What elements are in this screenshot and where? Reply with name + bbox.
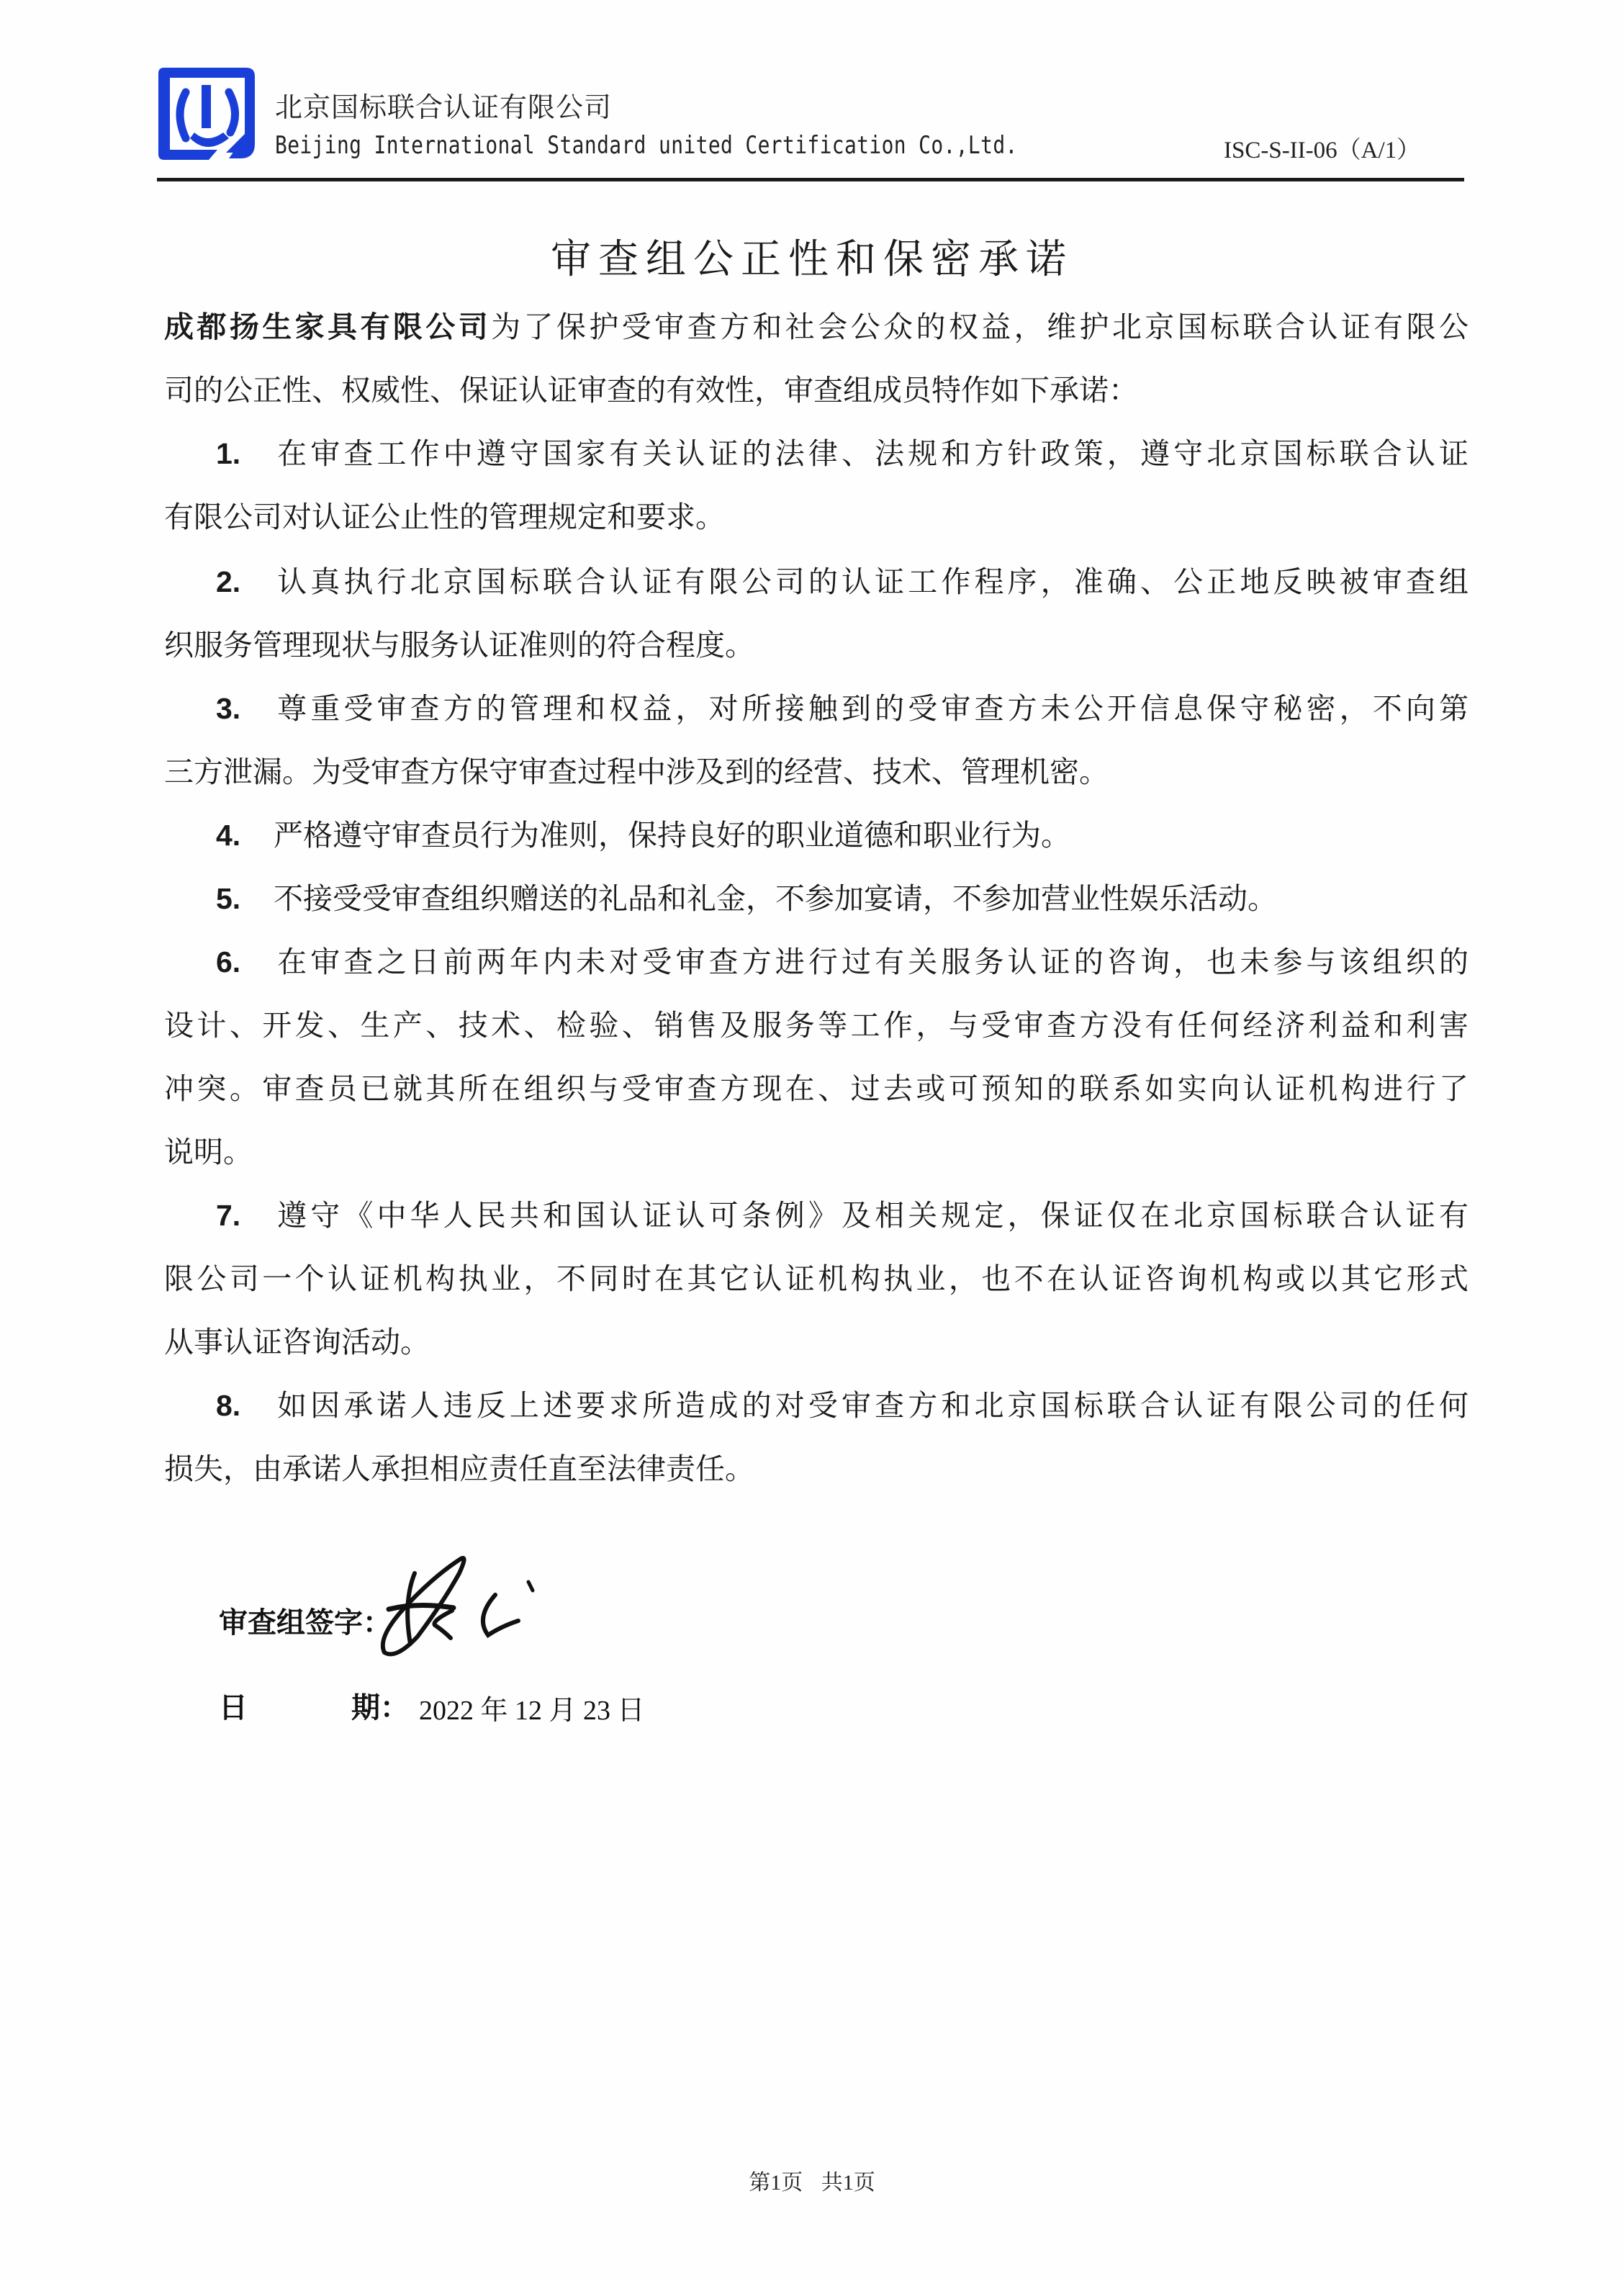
- commitment-item-8: 8.如因承诺人违反上述要求所造成的对受审查方和北京国标联合认证有限公司的任何: [216, 1387, 1469, 1424]
- item-text: 在审查工作中遵守国家有关认证的法律、法规和方针政策，遵守北京国标联合认证: [274, 436, 1469, 471]
- signature-label: 审查组签字：: [219, 1600, 392, 1641]
- item-number: 3.: [216, 690, 274, 727]
- company-name-cn: 北京国标联合认证有限公司: [275, 85, 612, 125]
- commitment-item-2-cont: 织服务管理现状与服务认证准则的符合程度。: [164, 626, 1469, 664]
- date-label-suffix: 期：: [351, 1685, 409, 1726]
- item-number: 8.: [216, 1387, 274, 1424]
- page-title: 审查组公正性和保密承诺: [0, 228, 1624, 285]
- date-label: 日: [219, 1685, 248, 1726]
- intro-text: 为了保护受审查方和社会公众的权益，维护北京国标联合认证有限公: [491, 310, 1469, 344]
- document-code: ISC-S-II-06（A/1）: [1224, 131, 1420, 165]
- item-text: 尊重受审查方的管理和权益，对所接触到的受审查方未公开信息保守秘密，不向第: [274, 691, 1469, 726]
- date-value: 2022 年 12 月 23 日: [419, 1688, 645, 1727]
- commitment-item-6: 6.在审查之日前两年内未对受审查方进行过有关服务认证的咨询，也未参与该组织的: [216, 943, 1469, 981]
- commitment-item-8-cont: 损失，由承诺人承担相应责任直至法律责任。: [164, 1450, 1469, 1488]
- commitment-item-7-cont-1: 限公司一个认证机构执业，不同时在其它认证机构执业，也不在认证咨询机构或以其它形式: [164, 1260, 1469, 1297]
- audited-company-name: 成都扬生家具有限公司: [164, 310, 491, 344]
- commitment-item-7-cont-2: 从事认证咨询活动。: [164, 1323, 1469, 1361]
- commitment-item-5: 5.不接受受审查组织赠送的礼品和礼金，不参加宴请，不参加营业性娱乐活动。: [216, 880, 1469, 917]
- item-text: 遵守《中华人民共和国认证认可条例》及相关规定，保证仅在北京国标联合认证有: [274, 1198, 1469, 1233]
- commitment-item-3: 3.尊重受审查方的管理和权益，对所接触到的受审查方未公开信息保守秘密，不向第: [216, 690, 1469, 727]
- item-number: 6.: [216, 943, 274, 981]
- item-number: 7.: [216, 1197, 274, 1234]
- commitment-item-2: 2.认真执行北京国标联合认证有限公司的认证工作程序，准确、公正地反映被审查组: [216, 563, 1469, 600]
- commitment-item-4: 4.严格遵守审查员行为准则，保持良好的职业道德和职业行为。: [216, 816, 1469, 854]
- document-page: 北京国标联合认证有限公司 Beijing International Stand…: [0, 0, 1624, 2281]
- commitment-item-6-cont-1: 设计、开发、生产、技术、检验、销售及服务等工作，与受审查方没有任何经济利益和利害: [164, 1007, 1469, 1044]
- commitment-item-6-cont-3: 说明。: [164, 1133, 1469, 1171]
- item-text: 严格遵守审查员行为准则，保持良好的职业道德和职业行为。: [274, 818, 1070, 852]
- intro-line-1: 成都扬生家具有限公司为了保护受审查方和社会公众的权益，维护北京国标联合认证有限公: [164, 308, 1469, 346]
- item-text: 在审查之日前两年内未对受审查方进行过有关服务认证的咨询，也未参与该组织的: [274, 945, 1469, 979]
- item-text: 不接受受审查组织赠送的礼品和礼金，不参加宴请，不参加营业性娱乐活动。: [274, 881, 1277, 916]
- bisc-logo-icon: [154, 63, 261, 164]
- item-text: 如因承诺人违反上述要求所造成的对受审查方和北京国标联合认证有限公司的任何: [274, 1388, 1469, 1423]
- commitment-item-1-cont: 有限公司对认证公止性的管理规定和要求。: [164, 498, 1469, 536]
- item-number: 4.: [216, 816, 274, 854]
- commitment-item-1: 1.在审查工作中遵守国家有关认证的法律、法规和方针政策，遵守北京国标联合认证: [216, 435, 1469, 472]
- intro-line-2: 司的公正性、权威性、保证认证审查的有效性，审查组成员特作如下承诺：: [164, 372, 1469, 409]
- commitment-item-6-cont-2: 冲突。审查员已就其所在组织与受审查方现在、过去或可预知的联系如实向认证机构进行了: [164, 1070, 1469, 1107]
- header-divider: [157, 178, 1464, 181]
- handwritten-signature-icon: [374, 1552, 561, 1660]
- item-number: 1.: [216, 435, 274, 472]
- item-number: 5.: [216, 880, 274, 917]
- company-name-en: Beijing International Standard united Ce…: [275, 131, 1018, 160]
- commitment-item-7: 7.遵守《中华人民共和国认证认可条例》及相关规定，保证仅在北京国标联合认证有: [216, 1197, 1469, 1234]
- page-number: 第1页 共1页: [0, 2164, 1624, 2196]
- item-number: 2.: [216, 563, 274, 600]
- commitment-item-3-cont: 三方泄漏。为受审查方保守审查过程中涉及到的经营、技术、管理机密。: [164, 753, 1469, 791]
- item-text: 认真执行北京国标联合认证有限公司的认证工作程序，准确、公正地反映被审查组: [274, 564, 1469, 599]
